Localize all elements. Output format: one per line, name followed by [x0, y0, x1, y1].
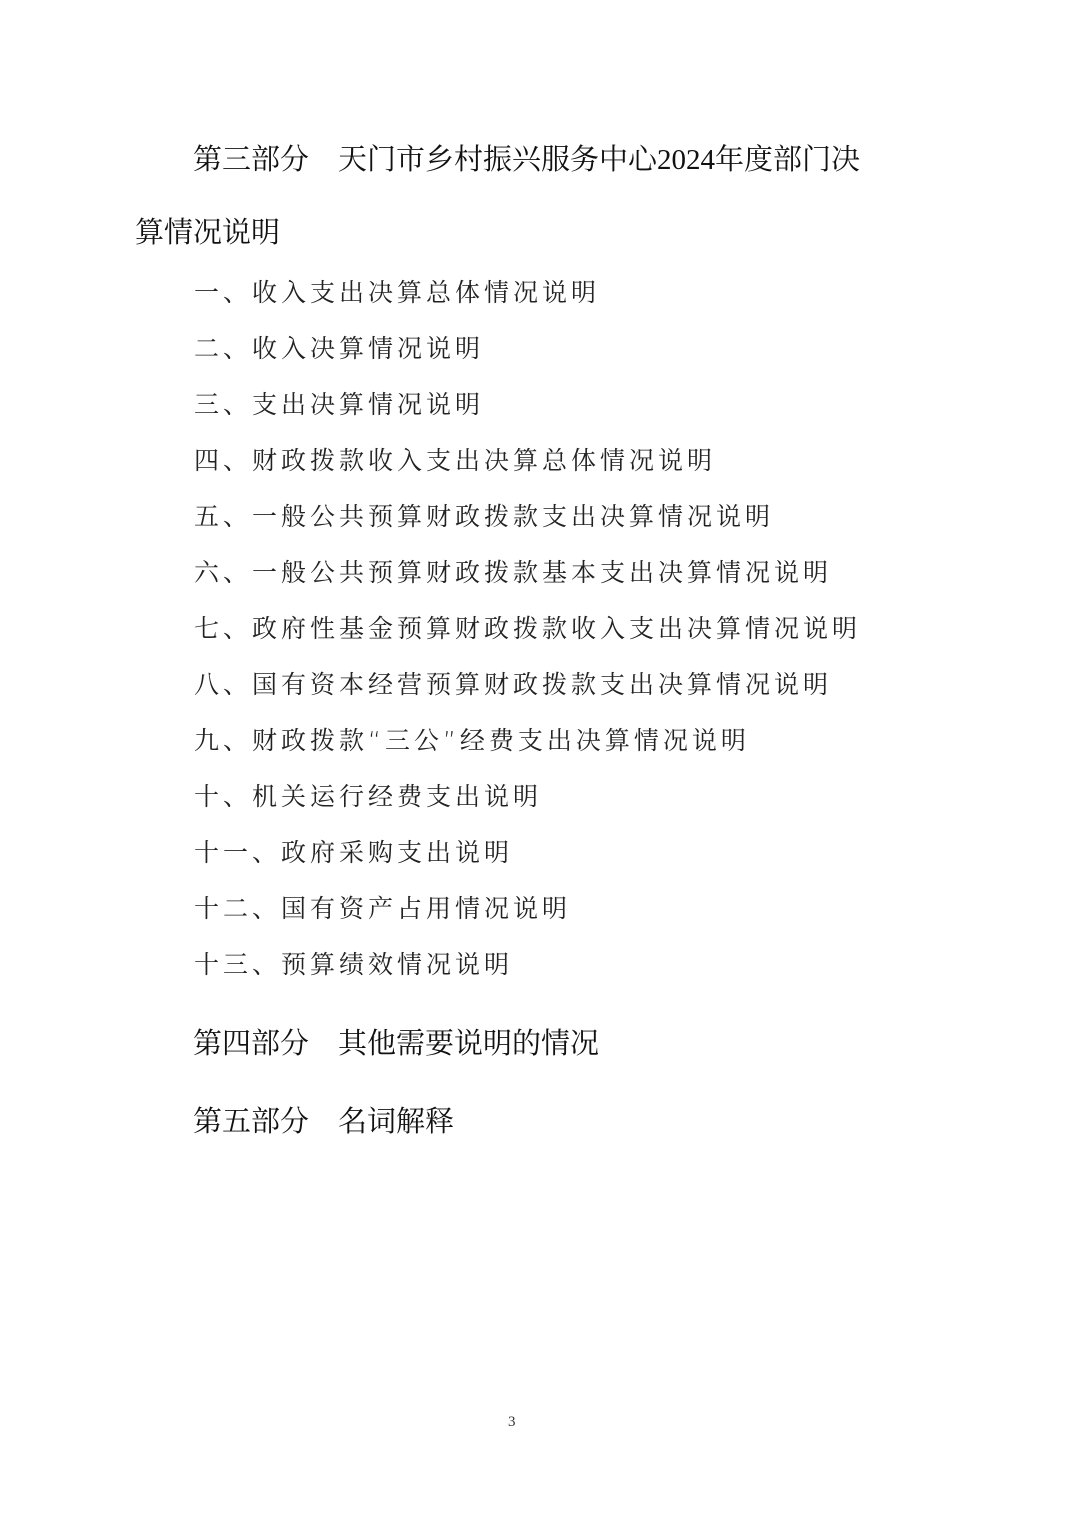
- section-item-3: 三、支出决算情况说明: [194, 390, 484, 420]
- document-page: 第三部分 天门市乡村振兴服务中心2024年度部门决 算情况说明 一、收入支出决算…: [0, 0, 1074, 1520]
- section-item-2: 二、收入决算情况说明: [194, 334, 484, 364]
- section-item-9: 九、财政拨款“三公”经费支出决算情况说明: [194, 726, 750, 756]
- section-item-8: 八、国有资本经营预算财政拨款支出决算情况说明: [194, 670, 832, 700]
- section-item-12: 十二、国有资产占用情况说明: [194, 894, 571, 924]
- section-item-7: 七、政府性基金预算财政拨款收入支出决算情况说明: [194, 614, 861, 644]
- section-item-6: 六、一般公共预算财政拨款基本支出决算情况说明: [194, 558, 832, 588]
- part3-title-line1: 第三部分 天门市乡村振兴服务中心2024年度部门决: [193, 143, 860, 177]
- part5-title: 第五部分 名词解释: [193, 1105, 454, 1139]
- section-item-5: 五、一般公共预算财政拨款支出决算情况说明: [194, 502, 774, 532]
- part3-title-line2: 算情况说明: [135, 216, 280, 250]
- section-item-11: 十一、政府采购支出说明: [194, 838, 513, 868]
- part4-title: 第四部分 其他需要说明的情况: [193, 1027, 599, 1061]
- section-item-10: 十、机关运行经费支出说明: [194, 782, 542, 812]
- section-item-13: 十三、预算绩效情况说明: [194, 950, 513, 980]
- section-item-4: 四、财政拨款收入支出决算总体情况说明: [194, 446, 716, 476]
- section-item-1: 一、收入支出决算总体情况说明: [194, 278, 600, 308]
- page-number: 3: [508, 1414, 516, 1431]
